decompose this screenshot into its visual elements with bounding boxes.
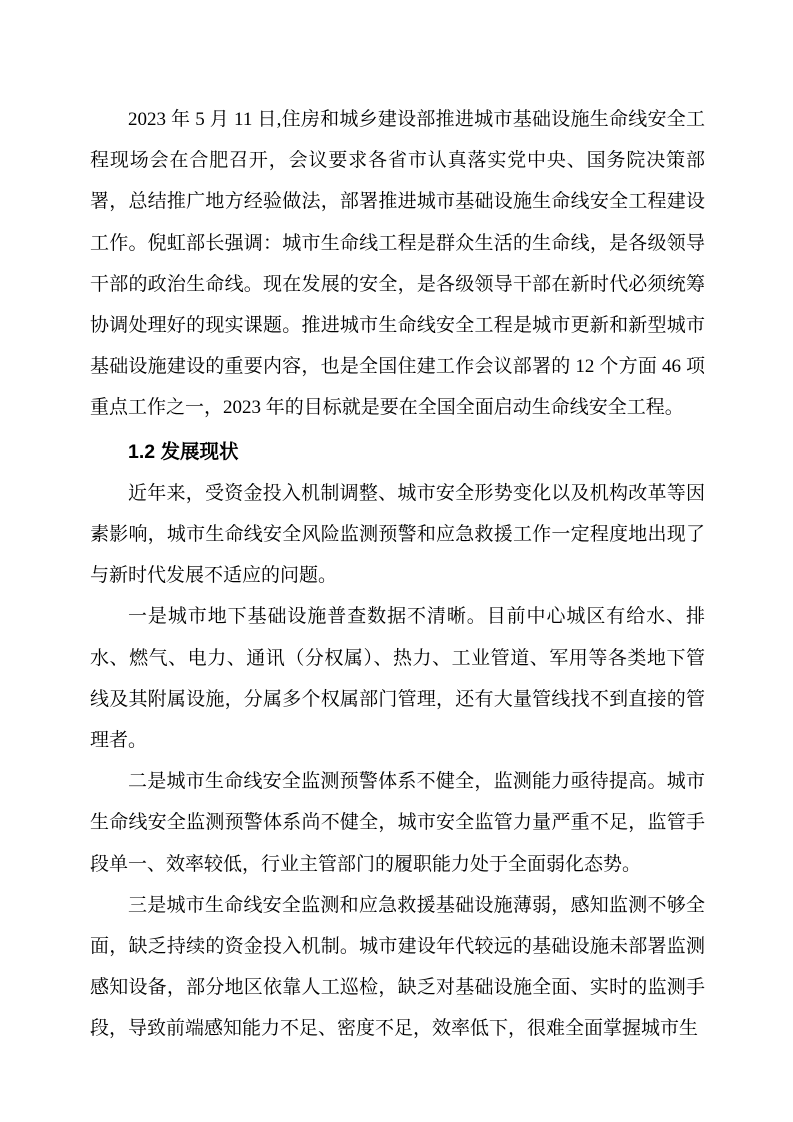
section-heading-1-2: 1.2 发展现状: [90, 432, 705, 473]
paragraph-issue-two: 二是城市生命线安全监测预警体系不健全，监测能力亟待提高。城市生命线安全监测预警体…: [90, 761, 705, 885]
paragraph-overview: 近年来，受资金投入机制调整、城市安全形势变化以及机构改革等因素影响，城市生命线安…: [90, 473, 705, 597]
document-page: 2023 年 5 月 11 日,住房和城乡建设部推进城市基础设施生命线安全工程现…: [0, 0, 793, 1122]
paragraph-issue-one: 一是城市地下基础设施普查数据不清晰。目前中心城区有给水、排水、燃气、电力、通讯（…: [90, 596, 705, 761]
paragraph-intro: 2023 年 5 月 11 日,住房和城乡建设部推进城市基础设施生命线安全工程现…: [90, 99, 705, 429]
paragraph-issue-three: 三是城市生命线安全监测和应急救援基础设施薄弱，感知监测不够全面，缺乏持续的资金投…: [90, 885, 705, 1050]
